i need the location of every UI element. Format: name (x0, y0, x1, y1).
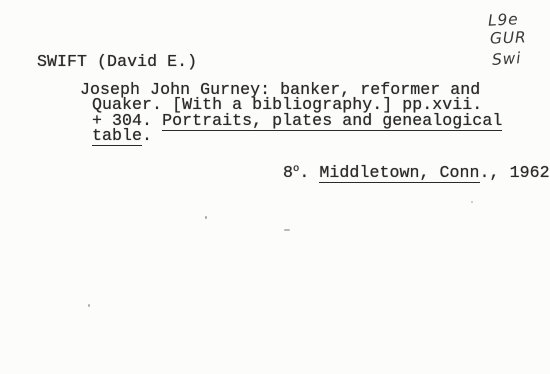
shelfmark: L9e GUR Swi (480, 10, 544, 72)
format-number: 8 (283, 163, 293, 182)
title-line-3: + 304. Portraits, plates and genealogica… (92, 113, 502, 130)
author-heading: SWIFT (David E.) (37, 54, 197, 71)
collation-underlined: Portraits, plates and genealogical (162, 111, 502, 131)
paper-speck (88, 304, 90, 307)
title-line-4: table. (92, 128, 152, 145)
imprint-date: ., 1962 (480, 163, 550, 182)
shelfmark-line-1: L9e (488, 11, 519, 29)
paper-speck (284, 229, 290, 231)
collation-period: . (142, 126, 152, 145)
imprint-place: Middletown, Conn (319, 163, 479, 183)
catalog-card: L9e GUR Swi SWIFT (David E.) Joseph John… (0, 0, 550, 374)
collation-underlined-continued: table (92, 126, 142, 146)
shelfmark-line-3: Swi (491, 50, 521, 68)
paper-speck (205, 216, 207, 219)
imprint-separator: . (299, 163, 319, 182)
paper-speck (471, 201, 473, 203)
imprint-line: 8o. Middletown, Conn., 1962 (283, 161, 550, 182)
shelfmark-line-2: GUR (490, 29, 527, 46)
